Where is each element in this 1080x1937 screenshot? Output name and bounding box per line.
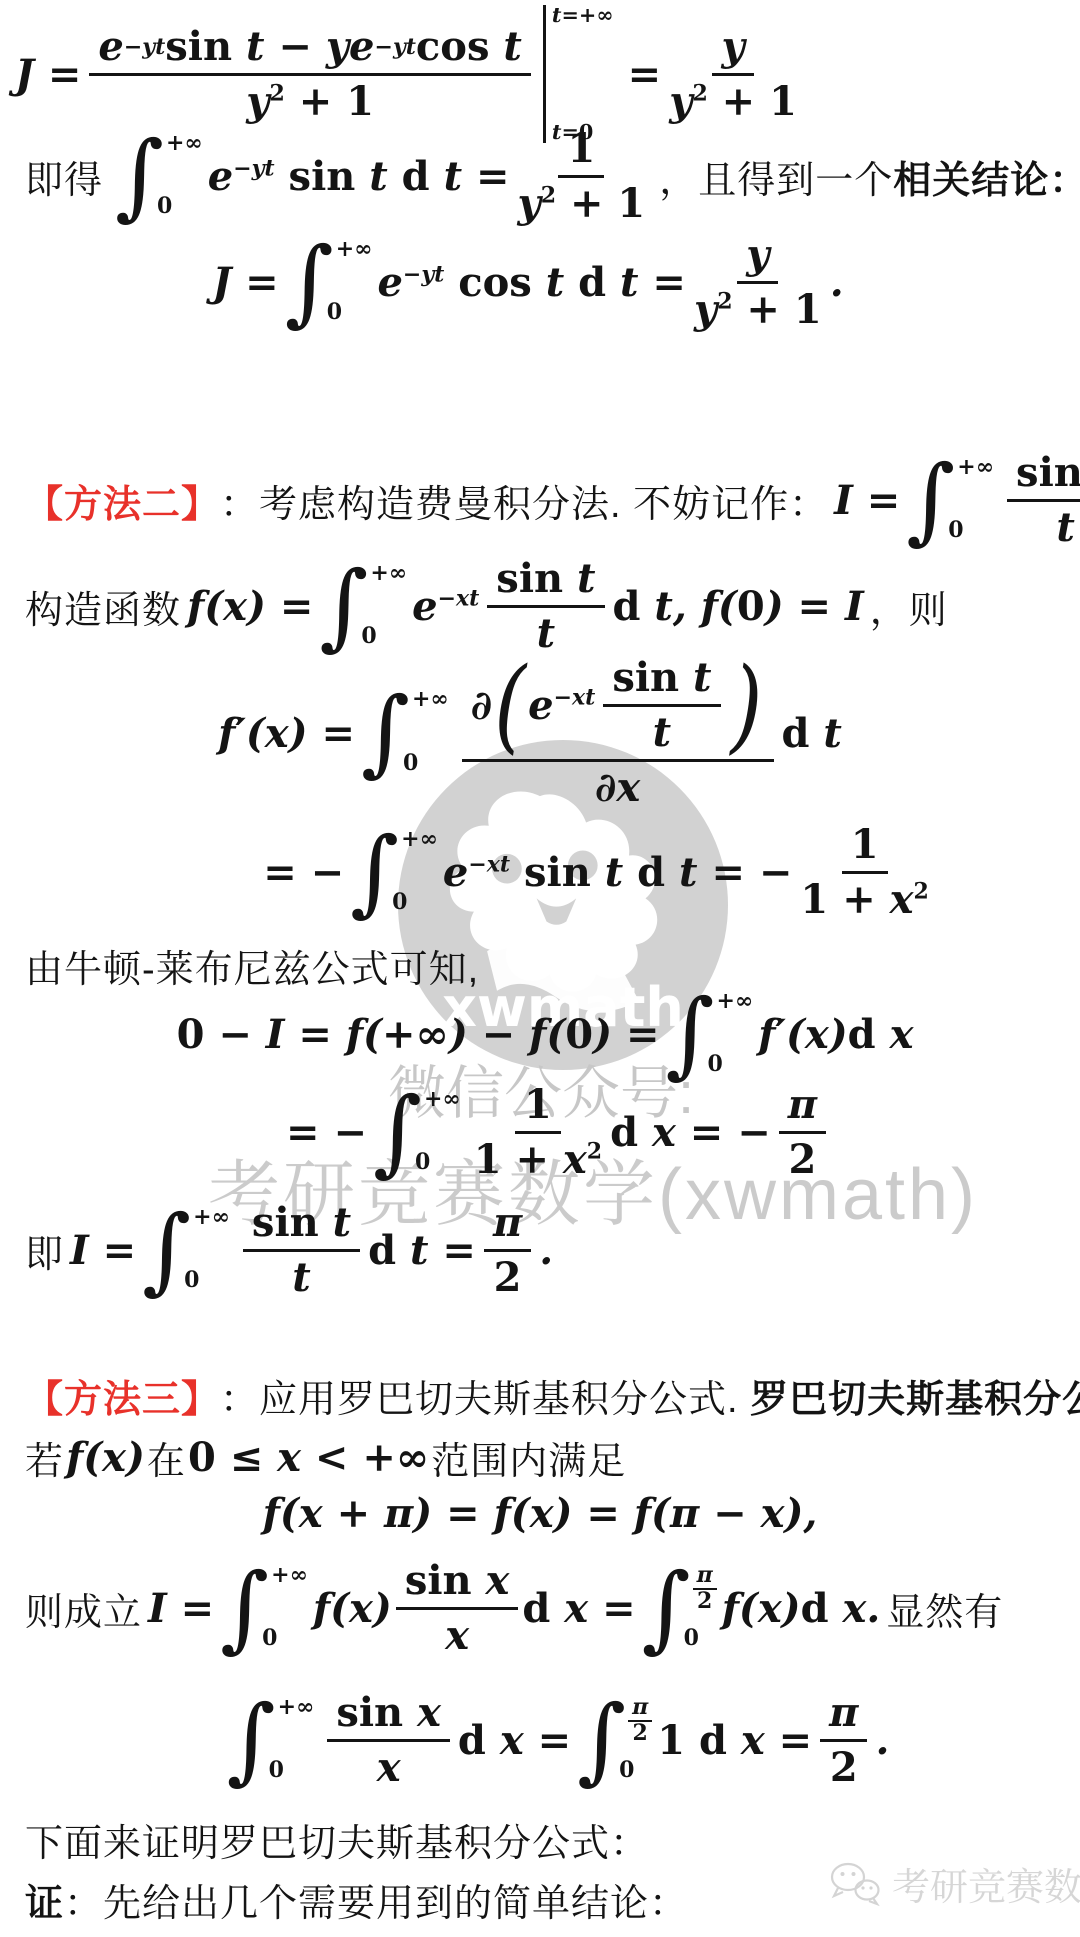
fraction-denominator: x <box>445 1610 469 1659</box>
formula-zero-minus-I: 0 − I = f(+∞) − f(0) = ∫ +∞0 f′(x)d x <box>5 990 1080 1079</box>
text-label: 显然有 <box>886 1581 1003 1636</box>
math-text: I = <box>70 1227 136 1274</box>
text-label: ：应用罗巴切夫斯基积分公式. <box>220 1368 750 1423</box>
integral-lower-limit: 0 <box>269 1759 306 1781</box>
integral-lower-limit: 0 <box>262 1627 299 1649</box>
fraction: π 2 <box>779 1082 826 1183</box>
paragraph-newton-leibniz: 由牛顿-莱布尼兹公式可知, <box>25 938 479 993</box>
integral: ∫ π2 0 <box>642 1564 716 1653</box>
fraction-numerator: 1 <box>842 822 888 874</box>
page: xwmath 微信公众号: 考研竞赛数学(xwmath) J = e−yt si… <box>0 0 1080 1937</box>
formula-J-cos: J = ∫ +∞0 e−yt cos t d t = y y2 + 1 . <box>0 232 1068 333</box>
text-emphasis: 罗巴切夫斯基积分公式： <box>750 1368 1080 1423</box>
wechat-icon <box>828 1861 882 1907</box>
text-emphasis: 相关结论： <box>893 160 1080 202</box>
text-label: ：先给出几个需要用到的简单结论： <box>64 1872 688 1927</box>
integral-lower-limit: 0 <box>157 195 194 217</box>
math-expression: f(x + π) = f(x) = f(π − x), <box>263 1490 818 1537</box>
text-label: ：考虑构造费曼积分法. 不妨记作： <box>220 473 828 528</box>
proof-label: 证 <box>25 1872 64 1927</box>
fraction-numerator: sin x <box>327 1690 450 1742</box>
text-label: 由牛顿-莱布尼兹公式可知, <box>25 938 479 993</box>
method2-tag: 【方法二】 <box>25 473 220 528</box>
text-label: 在 <box>147 1430 186 1485</box>
math-text: 0 − I = f(+∞) − f(0) = <box>177 1011 660 1058</box>
fraction-numerator: sin t <box>487 556 604 608</box>
math-text: f′(x) = <box>218 710 355 757</box>
math-expression: I = ∫ +∞0 sin t t d t , <box>834 450 1080 551</box>
fraction-numerator: y <box>712 24 753 76</box>
fraction-numerator: 1 <box>515 1082 561 1134</box>
math-text: f(x)d x. <box>722 1585 881 1632</box>
fraction-numerator: e−yt sin t − ye−yt cos t <box>89 24 530 76</box>
fraction: sin t t <box>487 556 604 657</box>
integral: ∫ +∞0 <box>220 1564 307 1653</box>
fraction: π 2 <box>484 1200 531 1301</box>
fraction-denominator: 2 <box>494 1252 522 1301</box>
math-text: 1 d x = <box>657 1717 812 1764</box>
fraction: 1 1 + x2 <box>474 1082 602 1183</box>
formula-pi-over-2-result: = − ∫ +∞0 1 1 + x2 d x = − π 2 <box>20 1082 1080 1183</box>
fraction-denominator: y2 + 1 <box>246 76 374 125</box>
fraction-numerator: π <box>820 1690 867 1742</box>
integral-lower-limit: 0 <box>415 1151 452 1173</box>
math-text: e−yt cos t d t = <box>377 259 685 306</box>
math-text: = − <box>263 849 344 896</box>
paragraph-prove-intro: 下面来证明罗巴切夫斯基积分公式： <box>25 1812 649 1867</box>
math-text: I = <box>148 1585 214 1632</box>
fraction-denominator: y2 + 1 <box>669 76 797 125</box>
paragraph-lobachevsky-statement: 则成立 I = ∫ +∞0 f(x) sin x x d x = ∫ π2 0 … <box>25 1558 1003 1659</box>
integral-lower-limit: 0 <box>403 752 440 774</box>
big-fraction: ∂ ( e−xt sin t t ) ∂x <box>462 655 774 811</box>
integral-lower-limit: 0 <box>184 1269 221 1291</box>
integral-upper-limit: π2 <box>628 1696 652 1745</box>
text-label: 即 <box>25 1223 64 1278</box>
math-text: e−xt sin t d t = − <box>443 849 793 896</box>
fraction-denominator: x <box>377 1742 401 1791</box>
math-text: d x = <box>522 1585 635 1632</box>
paragraph-method2: 【方法二】 ：考虑构造费曼积分法. 不妨记作： I = ∫ +∞0 sin t … <box>25 450 1080 551</box>
math-text: J = <box>212 259 278 306</box>
fraction-denominator: 1 + x2 <box>474 1134 602 1183</box>
text-label: 构造函数 <box>25 579 181 634</box>
integral: ∫ π2 0 <box>577 1696 651 1785</box>
math-expression: ∫ +∞0 e−yt sin t d t = 1 y2 + 1 <box>109 126 653 227</box>
partial-symbol: ∂ <box>471 683 492 729</box>
math-text: e−yt sin t d t = <box>208 153 510 200</box>
math-expression: ∫ +∞0 sin x x d x = ∫ π2 0 1 d x = π 2 . <box>221 1690 890 1791</box>
fraction-numerator: y <box>737 232 778 284</box>
right-paren: ) <box>731 654 763 757</box>
fraction-denominator: t <box>1056 502 1074 551</box>
integral: ∫ +∞0 <box>361 688 448 777</box>
integral-lower-limit: 0 <box>948 519 985 541</box>
fraction-denominator: 2 <box>788 1134 816 1183</box>
math-text: . <box>830 259 844 306</box>
formula-periodicity: f(x + π) = f(x) = f(π − x), <box>0 1490 1080 1537</box>
math-text: = <box>628 51 662 98</box>
fraction-denominator: 2 <box>830 1742 858 1791</box>
math-expression: J = ∫ +∞0 e−yt cos t d t = y y2 + 1 . <box>212 232 843 333</box>
text-label: 即得 <box>25 149 103 204</box>
fraction: sin x x <box>327 1690 450 1791</box>
integral: ∫ +∞0 <box>665 990 752 1079</box>
paragraph-proof-start: 证 ：先给出几个需要用到的简单结论： <box>25 1872 688 1927</box>
integral-lower-limit: 0 <box>707 1053 744 1075</box>
fraction-denominator: t <box>653 707 671 756</box>
math-text: d t = <box>368 1227 476 1274</box>
evaluation-bar: t=+∞ t=0 <box>543 5 614 143</box>
footer-watermark: 考研竞赛数学 <box>828 1856 1080 1911</box>
math-text: f′(x)d x <box>758 1011 913 1058</box>
fraction-denominator: y2 + 1 <box>694 284 822 333</box>
integral-lower-limit: 0 <box>327 301 364 323</box>
paragraph-construct-function: 构造函数 f(x) = ∫ +∞0 e−xt sin t t d t, f(0)… <box>25 556 948 657</box>
math-expression: = − ∫ +∞0 1 1 + x2 d x = − π 2 <box>286 1082 834 1183</box>
fraction: e−yt sin t − ye−yt cos t y2 + 1 <box>89 24 530 125</box>
integral-upper-limit: +∞ <box>424 1088 461 1110</box>
fraction-numerator: sin t <box>603 655 720 707</box>
left-paren: ( <box>494 654 526 757</box>
fraction-denominator: t <box>537 608 555 657</box>
integral: ∫ +∞0 <box>906 456 993 545</box>
integral: ∫ +∞0 <box>142 1206 229 1295</box>
integral-lower-limit: 0 <box>684 1627 708 1649</box>
integral-upper-limit: +∞ <box>193 1206 230 1228</box>
text-label: 下面来证明罗巴切夫斯基积分公式： <box>25 1812 649 1867</box>
math-expression: I = ∫ +∞0 sin t t d t = π 2 . <box>70 1200 553 1301</box>
math-text: d x = − <box>610 1109 771 1156</box>
integral-lower-limit: 0 <box>361 625 398 647</box>
integral-upper-limit: π2 <box>693 1564 717 1613</box>
paragraph-method3: 【方法三】 ：应用罗巴切夫斯基积分公式. 罗巴切夫斯基积分公式： <box>25 1368 1080 1423</box>
text-label: 若 <box>25 1430 64 1485</box>
text-run: ，且得到一个相关结论： <box>659 149 1080 204</box>
math-text: e−xt <box>412 583 479 630</box>
math-expression: f(x) <box>66 1434 145 1481</box>
math-text: f(x) <box>66 1434 145 1481</box>
math-text: e−xt <box>528 683 595 729</box>
integral: ∫ +∞0 <box>227 1696 314 1785</box>
fraction-numerator: 1 <box>558 126 604 178</box>
fraction-numerator: π <box>484 1200 531 1252</box>
fraction: sin t t <box>1007 450 1080 551</box>
math-expression: f′(x) = ∫ +∞0 ∂ ( e−xt sin t t ) ∂x d <box>218 655 842 811</box>
fraction-numerator: ∂ ( e−xt sin t t ) <box>462 655 774 762</box>
math-expression: = − ∫ +∞0 e−xt sin t d t = − 1 1 + x2 <box>263 822 937 923</box>
math-text: f(x + π) = f(x) = f(π − x), <box>263 1490 818 1537</box>
integral-upper-limit: +∞ <box>278 1696 315 1718</box>
fraction: sin x x <box>396 1558 519 1659</box>
formula-fprime: f′(x) = ∫ +∞0 ∂ ( e−xt sin t t ) ∂x d <box>0 655 1070 811</box>
fraction: 1 1 + x2 <box>800 822 928 923</box>
fraction: y y2 + 1 <box>669 24 797 125</box>
integral-upper-limit: +∞ <box>412 688 449 710</box>
fraction-numerator: sin t <box>1007 450 1080 502</box>
text-label: 范围内满足 <box>431 1430 626 1485</box>
math-expression: 0 − I = f(+∞) − f(0) = ∫ +∞0 f′(x)d x <box>177 990 914 1079</box>
integral: ∫ +∞0 <box>373 1088 460 1177</box>
formula-fprime-result: = − ∫ +∞0 e−xt sin t d t = − 1 1 + x2 <box>60 822 1080 923</box>
eval-upper-limit: t=+∞ <box>552 5 614 26</box>
integral: ∫ +∞0 <box>350 828 437 917</box>
integral-upper-limit: +∞ <box>271 1564 308 1586</box>
fraction: sin t t <box>243 1200 360 1301</box>
math-text: I = <box>834 477 900 524</box>
fraction-numerator: sin t <box>243 1200 360 1252</box>
integral: ∫ +∞0 <box>285 238 372 327</box>
fraction: y y2 + 1 <box>694 232 822 333</box>
paragraph-result-I: 即 I = ∫ +∞0 sin t t d t = π 2 . <box>25 1200 559 1301</box>
integral: ∫ +∞0 <box>115 132 202 221</box>
math-expression: I = ∫ +∞0 f(x) sin x x d x = ∫ π2 0 f(x)… <box>148 1558 880 1659</box>
integral-lower-limit: 0 <box>619 1759 643 1781</box>
fraction-denominator: t <box>292 1252 310 1301</box>
math-text: 0 ≤ x < +∞ <box>188 1434 429 1481</box>
integral-lower-limit: 0 <box>392 891 429 913</box>
integral-upper-limit: +∞ <box>401 828 438 850</box>
integral-upper-limit: +∞ <box>336 238 373 260</box>
math-text: f(x) = <box>187 583 313 630</box>
integral-upper-limit: +∞ <box>957 456 994 478</box>
math-text: f(x) <box>313 1585 392 1632</box>
fraction-numerator: sin x <box>396 1558 519 1610</box>
method3-tag: 【方法三】 <box>25 1368 220 1423</box>
math-text: d t, f(0) = I <box>613 583 864 630</box>
formula-sinx-over-x: ∫ +∞0 sin x x d x = ∫ π2 0 1 d x = π 2 . <box>15 1690 1080 1791</box>
math-text: . <box>875 1717 889 1764</box>
fraction-numerator: π <box>779 1082 826 1134</box>
fraction: 1 y2 + 1 <box>517 126 645 227</box>
math-expression: 0 ≤ x < +∞ <box>188 1434 429 1481</box>
paragraph-condition: 若 f(x) 在 0 ≤ x < +∞ 范围内满足 <box>25 1430 626 1485</box>
math-text: = − <box>286 1109 367 1156</box>
inner-fraction: sin t t <box>603 655 720 756</box>
math-text: J = <box>15 51 81 98</box>
integral-upper-limit: +∞ <box>716 990 753 1012</box>
text-label: ，则 <box>870 579 948 634</box>
integral-upper-limit: +∞ <box>166 132 203 154</box>
fraction-denominator: 1 + x2 <box>800 874 928 923</box>
fraction-denominator: ∂x <box>595 762 640 811</box>
footer-watermark-text: 考研竞赛数学 <box>892 1856 1080 1911</box>
paragraph-jide: 即得 ∫ +∞0 e−yt sin t d t = 1 y2 + 1 ，且得到一… <box>25 126 1080 227</box>
math-text: . <box>539 1227 553 1274</box>
math-text: d t <box>782 710 842 757</box>
fraction-denominator: y2 + 1 <box>517 178 645 227</box>
integral-upper-limit: +∞ <box>370 562 407 584</box>
integral: ∫ +∞0 <box>319 562 406 651</box>
fraction: π 2 <box>820 1690 867 1791</box>
math-text: d x = <box>458 1717 571 1764</box>
text-label: 则成立 <box>25 1581 142 1636</box>
text-label: ，且得到一个 <box>659 160 893 202</box>
math-expression: f(x) = ∫ +∞0 e−xt sin t t d t, f(0) = I <box>187 556 864 657</box>
